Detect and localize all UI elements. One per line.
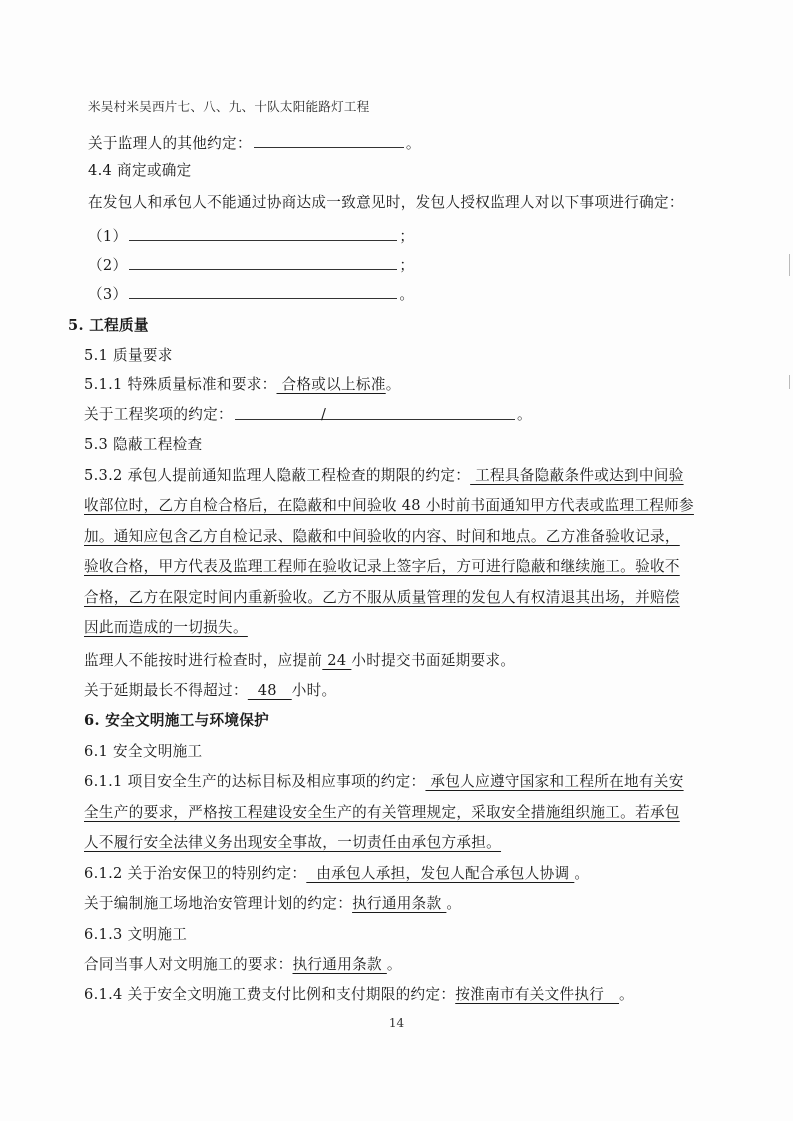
- blank-field: [129, 284, 397, 299]
- clause-5-3-2-line-5: 合格，乙方在限定时间内重新验收。乙方不服从质量管理的发包人有权清退其出场，并赔偿: [84, 588, 680, 608]
- clause-5-3-2-line-2: 收部位时，乙方自检合格后，在隐蔽和中间验收 48 小时前书面通知甲方代表或监理工…: [84, 496, 694, 516]
- field-value: 合格或以上标准: [277, 376, 386, 393]
- field-value: 按淮南市有关文件执行: [455, 986, 619, 1003]
- determination-item-2: （2）；: [88, 255, 414, 276]
- item-number: （2）: [88, 257, 127, 274]
- paragraph-4-4-description: 在发包人和承包人不能通过协商达成一致意见时，发包人授权监理人对以下事项进行确定：: [88, 193, 684, 213]
- section-heading-6-1: 6.1 安全文明施工: [84, 742, 202, 762]
- clause-5-1-1: 5.1.1 特殊质量标准和要求： 合格或以上标准。: [84, 375, 401, 395]
- field-value: 由承包人承担，发包人配合承包人协调: [306, 865, 574, 882]
- punct: 。: [517, 406, 532, 423]
- field-label: 关于编制施工场地治安管理计划的约定：: [84, 895, 352, 912]
- supervisor-other-agreement: 关于监理人的其他约定：。: [88, 133, 421, 154]
- blank-field: [129, 226, 397, 241]
- clause-5-3-2-line-4: 验收合格，甲方代表及监理工程师在验收记录上签字后，方可进行隐蔽和继续施工。验收不: [84, 557, 680, 577]
- clause-6-1-1-line-2: 全生产的要求，严格按工程建设安全生产的有关管理规定，采取安全措施组织施工。若承包: [84, 803, 680, 823]
- section-heading-5-3: 5.3 隐蔽工程检查: [84, 435, 202, 455]
- section-heading-6-1-3: 6.1.3 文明施工: [84, 925, 187, 945]
- clause-6-1-4: 6.1.4 关于安全文明施工费支付比例和支付期限的约定：按淮南市有关文件执行 。: [84, 985, 634, 1005]
- clause-6-1-1-line-1: 6.1.1 项目安全生产的达标目标及相应事项的约定： 承包人应遵守国家和工程所在…: [84, 772, 684, 792]
- field-label: 5.1.1 特殊质量标准和要求：: [84, 376, 277, 393]
- field-label: 关于工程奖项的约定：: [84, 406, 233, 423]
- clause-5-3-2-line-1: 5.3.2 承包人提前通知监理人隐蔽工程检查的期限的约定： 工程具备隐蔽条件或达…: [84, 466, 684, 486]
- project-title-header: 米吴村米吴西片七、八、九、十队太阳能路灯工程: [88, 97, 369, 117]
- item-number: （1）: [88, 228, 127, 245]
- hours-value: 48: [248, 682, 292, 699]
- punct: ；: [399, 228, 414, 245]
- hours-value: 24: [322, 652, 351, 669]
- scan-margin-mark: [789, 254, 790, 276]
- field-value: 承包人应遵守国家和工程所在地有关安: [425, 773, 683, 790]
- field-label: 6.1.2 关于治安保卫的特别约定：: [84, 865, 306, 882]
- punct: ；: [399, 257, 414, 274]
- scan-margin-mark: [789, 375, 790, 389]
- text: 监理人不能按时进行检查时，应提前: [84, 652, 322, 669]
- punct: 。: [619, 986, 634, 1003]
- field-value: 执行通用条款: [293, 956, 387, 973]
- punct: 。: [574, 865, 589, 882]
- award-agreement: 关于工程奖项的约定：/。: [84, 405, 532, 425]
- security-plan-agreement: 关于编制施工场地治安管理计划的约定：执行通用条款 。: [84, 894, 461, 914]
- blank-field: /: [235, 405, 515, 420]
- determination-item-3: （3）。: [88, 284, 414, 305]
- field-value: 工程具备隐蔽条件或达到中间验: [470, 467, 683, 484]
- punct: 。: [399, 286, 414, 303]
- section-heading-6: 6. 安全文明施工与环境保护: [84, 711, 269, 731]
- punct: 。: [406, 135, 421, 152]
- punct: 。: [446, 895, 461, 912]
- section-heading-5: 5. 工程质量: [68, 316, 149, 336]
- text: 小时提交书面延期要求。: [351, 652, 515, 669]
- field-label: 5.3.2 承包人提前通知监理人隐蔽工程检查的期限的约定：: [84, 467, 470, 484]
- clause-6-1-2: 6.1.2 关于治安保卫的特别约定： 由承包人承担，发包人配合承包人协调 。: [84, 864, 589, 884]
- field-value: 执行通用条款: [352, 895, 446, 912]
- field-label: 6.1.1 项目安全生产的达标目标及相应事项的约定：: [84, 773, 425, 790]
- blank-field: [129, 255, 397, 270]
- civilized-construction-requirement: 合同当事人对文明施工的要求：执行通用条款 。: [84, 955, 402, 975]
- punct: 。: [386, 376, 401, 393]
- field-value: /: [235, 406, 326, 423]
- clause-6-1-1-line-3: 人不履行安全法律义务出现安全事故，一切责任由承包方承担。: [84, 833, 501, 853]
- determination-item-1: （1）；: [88, 226, 414, 247]
- document-page: 米吴村米吴西片七、八、九、十队太阳能路灯工程 关于监理人的其他约定：。 4.4 …: [0, 0, 793, 1121]
- clause-5-3-2-line-3: 加。通知应包含乙方自检记录、隐蔽和中间验收的内容、时间和地点。乙方准备验收记录，: [84, 527, 680, 547]
- delay-request: 监理人不能按时进行检查时，应提前 24 小时提交书面延期要求。: [84, 651, 515, 671]
- field-label: 合同当事人对文明施工的要求：: [84, 956, 293, 973]
- page-number: 14: [0, 1016, 793, 1030]
- clause-5-3-2-line-6: 因此而造成的一切损失。: [84, 618, 248, 638]
- text: 小时。: [292, 682, 337, 699]
- item-number: （3）: [88, 286, 127, 303]
- field-label: 关于延期最长不得超过：: [84, 682, 248, 699]
- punct: 。: [387, 956, 402, 973]
- delay-max: 关于延期最长不得超过： 48 小时。: [84, 681, 336, 701]
- blank-field: [254, 133, 404, 148]
- field-label: 6.1.4 关于安全文明施工费支付比例和支付期限的约定：: [84, 986, 455, 1003]
- section-heading-4-4: 4.4 商定或确定: [88, 161, 192, 181]
- field-label: 关于监理人的其他约定：: [88, 135, 252, 152]
- section-heading-5-1: 5.1 质量要求: [84, 346, 173, 366]
